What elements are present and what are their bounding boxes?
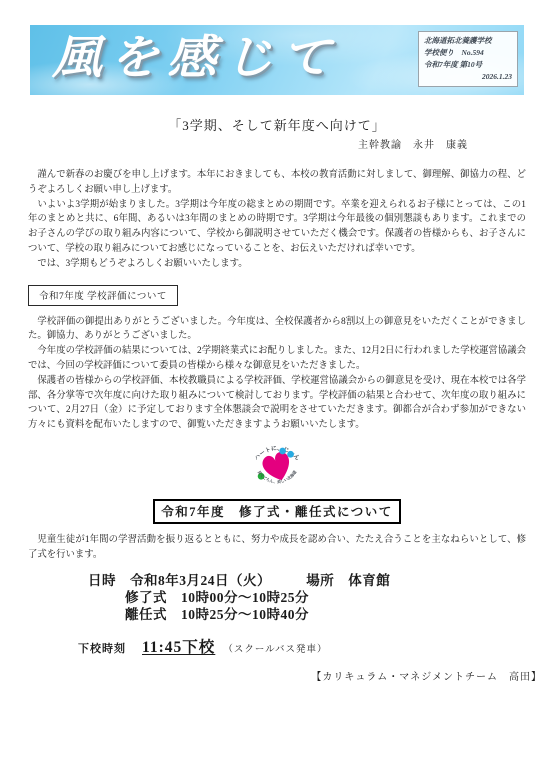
evaluation-heading-row: 令和7年度 学校評価について [28,285,554,306]
paragraph-term3: いよいよ3学期が始まりました。3学期は今年度の総まとめの期間です。卒業を迎えられ… [28,198,526,257]
logo-blue-dot-1 [279,448,286,455]
section-heading-evaluation: 令和7年度 学校評価について [28,285,178,306]
ceremony-heading-row: 令和7年度 修了式・離任式について [0,499,554,524]
paragraph-eval-plans: 保護者の皆様からの学校評価、本校教職員による学校評価、学校運営協議会からの御意見… [28,374,526,433]
school-name: 北海道拓北養護学校 [424,35,512,47]
ceremony-schedule: 日時 令和8年3月24日（火） 場所 体育館 修了式 10時00分～10時25分… [88,572,554,623]
paragraph-eval-results: 今年度の学校評価の結果については、2学期終業式にお配りしました。また、12月2日… [28,344,526,374]
section-heading-ceremony: 令和7年度 修了式・離任式について [153,499,401,524]
ceremony-body: 児童生徒が1年間の学習活動を振り返るとともに、努力や成長を認め合い、たたえ合うこ… [28,533,526,563]
dismissal-note: （スクールバス発車） [223,645,327,655]
paragraph-greeting: 謹んで新春のお慶びを申し上げます。本年におきましても、本校の教育活動に対しまして… [28,168,526,198]
article-author: 主幹教諭 永井 康義 [0,139,468,153]
schedule-rininshiki: 離任式 10時25分～10時40分 [125,606,554,623]
newsletter-page: 風を感じて 北海道拓北養護学校 学校便り No.594 令和7年度 第10号 2… [0,0,554,766]
paragraph-ceremony: 児童生徒が1年間の学習活動を振り返るとともに、努力や成長を認め合い、たたえ合うこ… [28,533,526,563]
issue-number: 学校便り No.594 [424,47,512,59]
dismissal-label: 下校時刻 [78,643,126,655]
issue-date: 2026.1.23 [424,71,512,83]
newsletter-banner: 風を感じて 北海道拓北養護学校 学校便り No.594 令和7年度 第10号 2… [30,25,524,95]
newsletter-title: 風を感じて [52,25,473,95]
logo-blue-dot-2 [287,451,294,458]
heart-logo-graphic: ハートに、じ～ん 見てごらん、美しい北海道 [247,436,307,494]
paragraph-eval-thanks: 学校評価の御提出ありがとうございました。今年度は、全校保護者から8割以上の御意見… [28,315,526,345]
article-title: 「3学期、そして新年度へ向けて」 [0,117,554,135]
volume-number: 令和7年度 第10号 [424,59,512,71]
schedule-shuryoshiki: 修了式 10時00分～10時25分 [125,589,554,606]
evaluation-body: 学校評価の御提出ありがとうございました。今年度は、全校保護者から8割以上の御意見… [28,315,526,433]
dismissal-row: 下校時刻 11:45下校 （スクールバス発車） [78,635,554,657]
dismissal-time: 11:45下校 [142,639,215,656]
schedule-date-place: 日時 令和8年3月24日（火） 場所 体育館 [88,572,554,589]
article-body: 謹んで新春のお慶びを申し上げます。本年におきましても、本校の教育活動に対しまして… [28,168,526,272]
credit-line: 【カリキュラム・マネジメントチーム 高田】 [0,668,542,683]
issue-info-box: 北海道拓北養護学校 学校便り No.594 令和7年度 第10号 2026.1.… [418,31,518,87]
heart-logo: ハートに、じ～ん 見てごらん、美しい北海道 [0,436,554,494]
paragraph-closing: では、3学期もどうぞよろしくお願いいたします。 [28,257,526,272]
